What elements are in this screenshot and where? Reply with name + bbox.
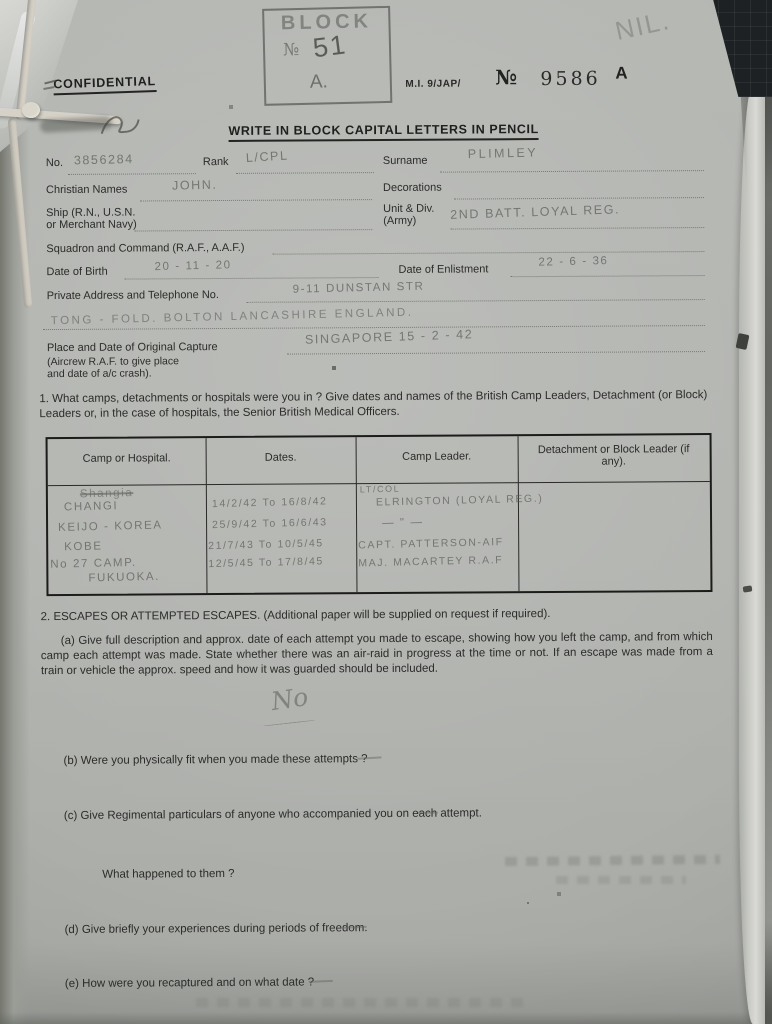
camp-entry-line2: FUKUOKA. [88,571,160,585]
nil-handwritten-note: NIL. [612,5,673,47]
camp-entry: KOBE [64,540,103,553]
question-2b-text: (b) Were you physically fit when you mad… [63,752,367,769]
field-line [134,228,372,231]
unit-div-label: Unit & Div. [383,203,434,215]
rank-value: L/CPL [245,148,288,164]
camp-entry-struck: Shangia [80,487,134,500]
number-symbol: № [495,65,517,89]
col-header-detachment: Detachment or Block Leader (if any). [526,443,702,468]
squadron-label: Squadron and Command (R.A.F., A.A.F.) [46,242,244,255]
service-number-value: 3856284 [74,152,134,167]
edge-tear-mark [743,585,753,592]
leader-entry-rank: LT/COL [360,484,401,495]
field-line [68,172,196,175]
surname-label: Surname [383,155,428,167]
question-2-heading: 2. ESCAPES OR ATTEMPTED ESCAPES. (Additi… [41,606,709,625]
col-header-camp: Camp or Hospital. [48,452,206,465]
capture-sublabel-1: (Aircrew R.A.F. to give place [47,355,179,368]
block-capitals-instruction: WRITE IN BLOCK CAPITAL LETTERS IN PENCIL [228,122,538,142]
question-2c2-text: What happened to them ? [102,867,234,883]
stamp-block-number: 51 [311,29,349,64]
address-value-line1: 9-11 DUNSTAN STR [293,281,425,296]
capture-label: Place and Date of Original Capture [47,341,218,354]
underlying-pages-edge [739,84,765,1024]
field-line [287,350,705,355]
field-line [236,171,374,174]
ship-label-2: or Merchant Navy) [46,219,137,232]
form-content: CONFIDENTIAL BLOCK № 51 A. M.I. 9/JAP/ №… [0,0,772,1024]
surname-value: PLIMLEY [468,145,539,161]
file-number: 9586 [540,68,600,90]
question-2c-text: (c) Give Regimental particulars of anyon… [64,806,482,823]
question-1-text: 1. What camps, detachments or hospitals … [39,388,707,422]
enlistment-value: 22 - 6 - 36 [538,255,608,269]
file-letter: A [615,64,627,84]
pencil-dash-answer [357,756,381,759]
pencil-dash-answer [418,812,438,814]
answer-underline-flourish [263,720,315,727]
address-value-line2: TONG - FOLD. BOLTON LANCASHIRE ENGLAND. [51,307,414,328]
camp-entry: No 27 CAMP. [50,557,137,571]
capture-sublabel-2: and date of a/c crash). [47,367,152,380]
col-header-leader: Camp Leader. [356,450,518,463]
stamp-block-letter: A. [310,71,328,93]
camp-entry: CHANGI [64,500,119,513]
confidential-stamp: CONFIDENTIAL [53,74,156,95]
pencil-squiggle [98,107,142,141]
field-line [450,226,704,230]
enlistment-label: Date of Enlistment [398,263,488,276]
no-label: No. [46,157,63,169]
capture-value: SINGAPORE 15 - 2 - 42 [305,327,474,346]
page-bottom-edge-shadow [0,1012,772,1024]
camp-entry: KEIJO - KOREA [58,519,163,533]
field-line [454,196,704,200]
field-line [272,250,704,255]
mi9-reference: M.I. 9/JAP/ [405,79,461,90]
field-line [247,298,705,303]
field-line [511,274,705,277]
question-2e-text: (e) How were you recaptured and on what … [65,975,314,991]
ship-label: Ship (R.N., U.S.N. [46,207,135,220]
christian-names-label: Christian Names [46,184,127,196]
block-number-stamp-box: BLOCK № 51 A. [262,6,392,106]
rank-label: Rank [203,156,229,168]
unit-div-army-label: (Army) [383,215,416,227]
scanned-pow-questionnaire: CONFIDENTIAL BLOCK № 51 A. M.I. 9/JAP/ №… [0,0,772,1024]
dob-value: 20 - 11 - 20 [154,259,231,273]
field-line [140,198,372,201]
unit-value: 2ND BATT. LOYAL REG. [450,202,620,221]
address-label: Private Address and Telephone No. [47,289,219,302]
dob-label: Date of Birth [46,266,107,278]
christian-names-value: JOHN. [172,178,218,193]
leader-entry-ditto: — " — [382,516,424,529]
pencil-dash-answer [309,980,333,983]
table-column-divider [518,436,520,591]
question-2a-text: (a) Give full description and approx. da… [41,630,713,679]
col-header-dates: Dates. [206,451,356,464]
decorations-label: Decorations [383,182,442,194]
escape-answer-no: No [269,682,310,716]
field-line [125,276,379,280]
stamp-no-symbol: № [283,40,300,60]
field-line [440,169,704,173]
question-2d-text: (d) Give briefly your experiences during… [65,921,368,938]
